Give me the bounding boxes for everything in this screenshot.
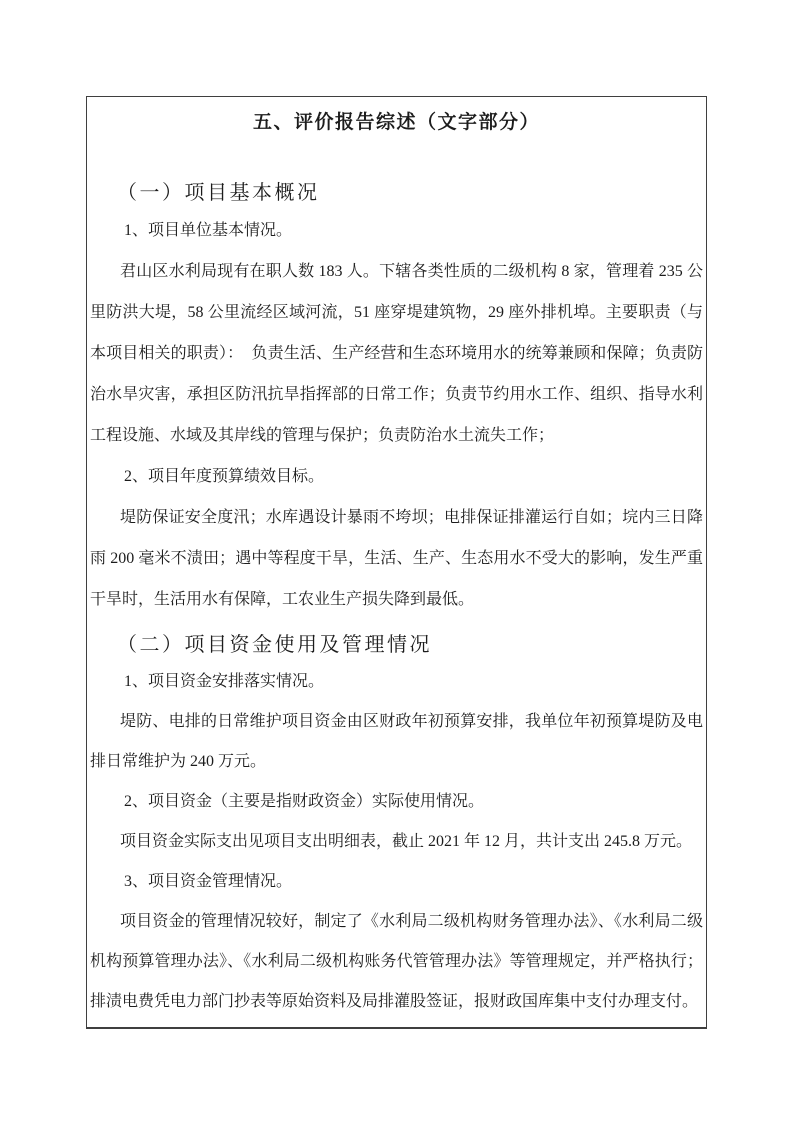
page-title: 五、评价报告综述（文字部分） (90, 111, 703, 135)
section-2-paragraph-2: 项目资金实际支出见项目支出明细表，截止 2021 年 12 月，共计支出 245… (90, 822, 703, 862)
section-2-item-2: 2、项目资金（主要是指财政资金）实际使用情况。 (90, 782, 703, 822)
section-2-item-1: 1、项目资金安排落实情况。 (90, 662, 703, 702)
section-2-item-3: 3、项目资金管理情况。 (90, 862, 703, 902)
section-1-paragraph-1: 君山区水利局现有在职人数 183 人。下辖各类性质的二级机构 8 家，管理着 2… (90, 251, 703, 456)
section-2-paragraph-3: 项目资金的管理情况较好，制定了《水利局二级机构财务管理办法》、《水利局二级机构预… (90, 902, 703, 1022)
section-1-heading: （一）项目基本概况 (90, 180, 703, 206)
section-2-paragraph-1: 堤防、电排的日常维护项目资金由区财政年初预算安排，我单位年初预算堤防及电排日常维… (90, 702, 703, 782)
section-1-item-1: 1、项目单位基本情况。 (90, 210, 703, 251)
section-1-body: 1、项目单位基本情况。 君山区水利局现有在职人数 183 人。下辖各类性质的二级… (90, 210, 703, 620)
document-page: 五、评价报告综述（文字部分） （一）项目基本概况 1、项目单位基本情况。 君山区… (0, 0, 793, 1122)
section-2-heading: （二）项目资金使用及管理情况 (90, 632, 703, 658)
report-summary-cell: 五、评价报告综述（文字部分） （一）项目基本概况 1、项目单位基本情况。 君山区… (86, 96, 707, 1029)
section-2-body: 1、项目资金安排落实情况。 堤防、电排的日常维护项目资金由区财政年初预算安排，我… (90, 662, 703, 1022)
section-1-item-2: 2、项目年度预算绩效目标。 (90, 456, 703, 497)
section-1-paragraph-2: 堤防保证安全度汛；水库遇设计暴雨不垮坝；电排保证排灌运行自如；垸内三日降雨 20… (90, 497, 703, 620)
